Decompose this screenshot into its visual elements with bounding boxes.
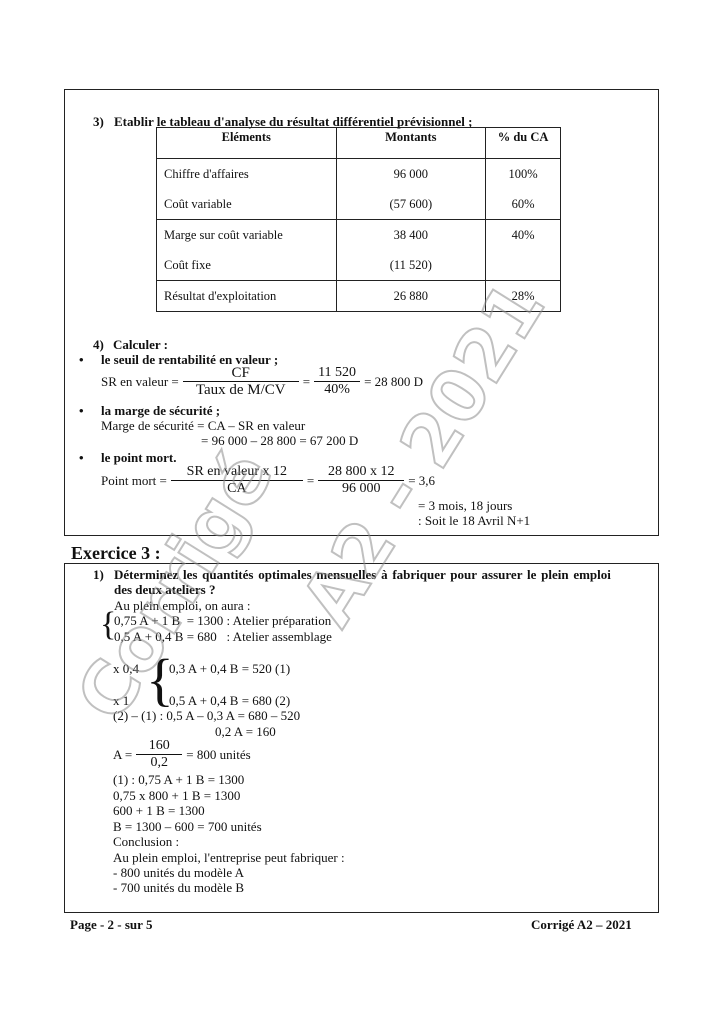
question-3-number: 3) bbox=[93, 114, 104, 130]
a-frac-den: 0,2 bbox=[136, 755, 182, 771]
step-line: - 700 unités du modèle B bbox=[113, 880, 244, 896]
bullet-icon: • bbox=[79, 403, 84, 419]
header-pct-ca: % du CA bbox=[486, 128, 561, 159]
pm-equals: = bbox=[307, 473, 314, 489]
system-1-eq-1: 0,75 A + 1 B = 1300 : Atelier préparatio… bbox=[114, 613, 331, 629]
table-row: Marge sur coût variable 38 400 40% bbox=[157, 220, 561, 251]
mult-label-1: x 0,4 bbox=[113, 661, 139, 677]
step-line: B = 1300 – 600 = 700 unités bbox=[113, 819, 262, 835]
cell-pct: 60% bbox=[486, 189, 561, 220]
table-row: Coût fixe (11 520) bbox=[157, 250, 561, 281]
sr-fraction-2: 11 520 40% bbox=[314, 365, 360, 398]
table-header-row: Eléments Montants % du CA bbox=[157, 128, 561, 159]
a-result: = 800 unités bbox=[186, 747, 250, 763]
pm-formula: Point mort = SR en valeur x 12 CA = 28 8… bbox=[101, 464, 435, 497]
ex3-q1-line-1: Déterminez les quantités optimales mensu… bbox=[114, 567, 644, 583]
cell-element: Chiffre d'affaires bbox=[157, 159, 337, 190]
sr-lhs: SR en valeur = bbox=[101, 374, 179, 390]
sr-frac1-den: Taux de M/CV bbox=[183, 382, 299, 398]
ms-line-1: Marge de sécurité = CA – SR en valeur bbox=[101, 418, 305, 434]
step-line: Au plein emploi, l'entreprise peut fabri… bbox=[113, 850, 345, 866]
question-4-number: 4) bbox=[93, 337, 104, 353]
sr-equals: = bbox=[303, 374, 310, 390]
mult-label-2: x 1 bbox=[113, 693, 129, 709]
step-line: (1) : 0,75 A + 1 B = 1300 bbox=[113, 772, 244, 788]
sr-fraction-1: CF Taux de M/CV bbox=[183, 365, 299, 398]
cell-montant: (57 600) bbox=[336, 189, 486, 220]
cell-pct: 40% bbox=[486, 220, 561, 251]
step-line: 600 + 1 B = 1300 bbox=[113, 803, 205, 819]
sr-frac1-num: CF bbox=[183, 365, 299, 382]
bullet-icon: • bbox=[79, 450, 84, 466]
ex3-q1-number: 1) bbox=[93, 567, 104, 583]
step-line: - 800 unités du modèle A bbox=[113, 865, 244, 881]
a-fraction: 160 0,2 bbox=[136, 738, 182, 771]
table-row: Résultat d'exploitation 26 880 28% bbox=[157, 281, 561, 312]
step-line: 0,75 x 800 + 1 B = 1300 bbox=[113, 788, 240, 804]
cell-pct: 100% bbox=[486, 159, 561, 190]
diff-line: (2) – (1) : 0,5 A – 0,3 A = 680 – 520 bbox=[113, 708, 300, 724]
pm-line-2: = 3 mois, 18 jours bbox=[418, 498, 512, 514]
footer-page-number: Page - 2 - sur 5 bbox=[70, 917, 152, 933]
sr-formula: SR en valeur = CF Taux de M/CV = 11 520 … bbox=[101, 365, 423, 398]
cell-element: Marge sur coût variable bbox=[157, 220, 337, 251]
pm-fraction-2: 28 800 x 12 96 000 bbox=[318, 464, 404, 497]
pm-line-3: : Soit le 18 Avril N+1 bbox=[418, 513, 530, 529]
system-1-eq-2: 0,5 A + 0,4 B = 680 : Atelier assemblage bbox=[114, 629, 332, 645]
bullet-2-title: la marge de sécurité ; bbox=[101, 403, 220, 419]
sr-frac2-den: 40% bbox=[314, 382, 360, 398]
pm-fraction-1: SR en valeur x 12 CA bbox=[171, 464, 303, 497]
a-frac-num: 160 bbox=[136, 738, 182, 755]
result-analysis-table: Eléments Montants % du CA Chiffre d'affa… bbox=[156, 127, 561, 312]
pm-frac2-den: 96 000 bbox=[318, 481, 404, 497]
ex3-intro: Au plein emploi, on aura : bbox=[114, 598, 250, 614]
sr-result: = 28 800 D bbox=[364, 374, 423, 390]
table-row: Chiffre d'affaires 96 000 100% bbox=[157, 159, 561, 190]
pm-lhs: Point mort = bbox=[101, 473, 167, 489]
ms-line-2: = 96 000 – 28 800 = 67 200 D bbox=[201, 433, 358, 449]
question-4-text: Calculer : bbox=[113, 337, 168, 353]
system-2-eq-2: 0,5 A + 0,4 B = 680 (2) bbox=[169, 693, 290, 709]
cell-pct bbox=[486, 250, 561, 281]
cell-montant: 96 000 bbox=[336, 159, 486, 190]
exercice-3-title: Exercice 3 : bbox=[71, 543, 161, 563]
cell-montant: 26 880 bbox=[336, 281, 486, 312]
cell-montant: 38 400 bbox=[336, 220, 486, 251]
footer-doc-id: Corrigé A2 – 2021 bbox=[531, 917, 632, 933]
pm-result: = 3,6 bbox=[408, 473, 435, 489]
table-row: Coût variable (57 600) 60% bbox=[157, 189, 561, 220]
cell-element: Résultat d'exploitation bbox=[157, 281, 337, 312]
ex3-q1-line-2: des deux ateliers ? bbox=[114, 582, 215, 598]
cell-element: Coût fixe bbox=[157, 250, 337, 281]
header-montants: Montants bbox=[336, 128, 486, 159]
step-line: Conclusion : bbox=[113, 834, 179, 850]
pm-frac2-num: 28 800 x 12 bbox=[318, 464, 404, 481]
bullet-icon: • bbox=[79, 352, 84, 368]
cell-pct: 28% bbox=[486, 281, 561, 312]
pm-frac1-num: SR en valeur x 12 bbox=[171, 464, 303, 481]
a-formula: A = 160 0,2 = 800 unités bbox=[113, 738, 251, 771]
a-lhs: A = bbox=[113, 747, 132, 763]
sr-frac2-num: 11 520 bbox=[314, 365, 360, 382]
header-elements: Eléments bbox=[157, 128, 337, 159]
cell-element: Coût variable bbox=[157, 189, 337, 220]
pm-frac1-den: CA bbox=[171, 481, 303, 497]
system-2-eq-1: 0,3 A + 0,4 B = 520 (1) bbox=[169, 661, 290, 677]
cell-montant: (11 520) bbox=[336, 250, 486, 281]
